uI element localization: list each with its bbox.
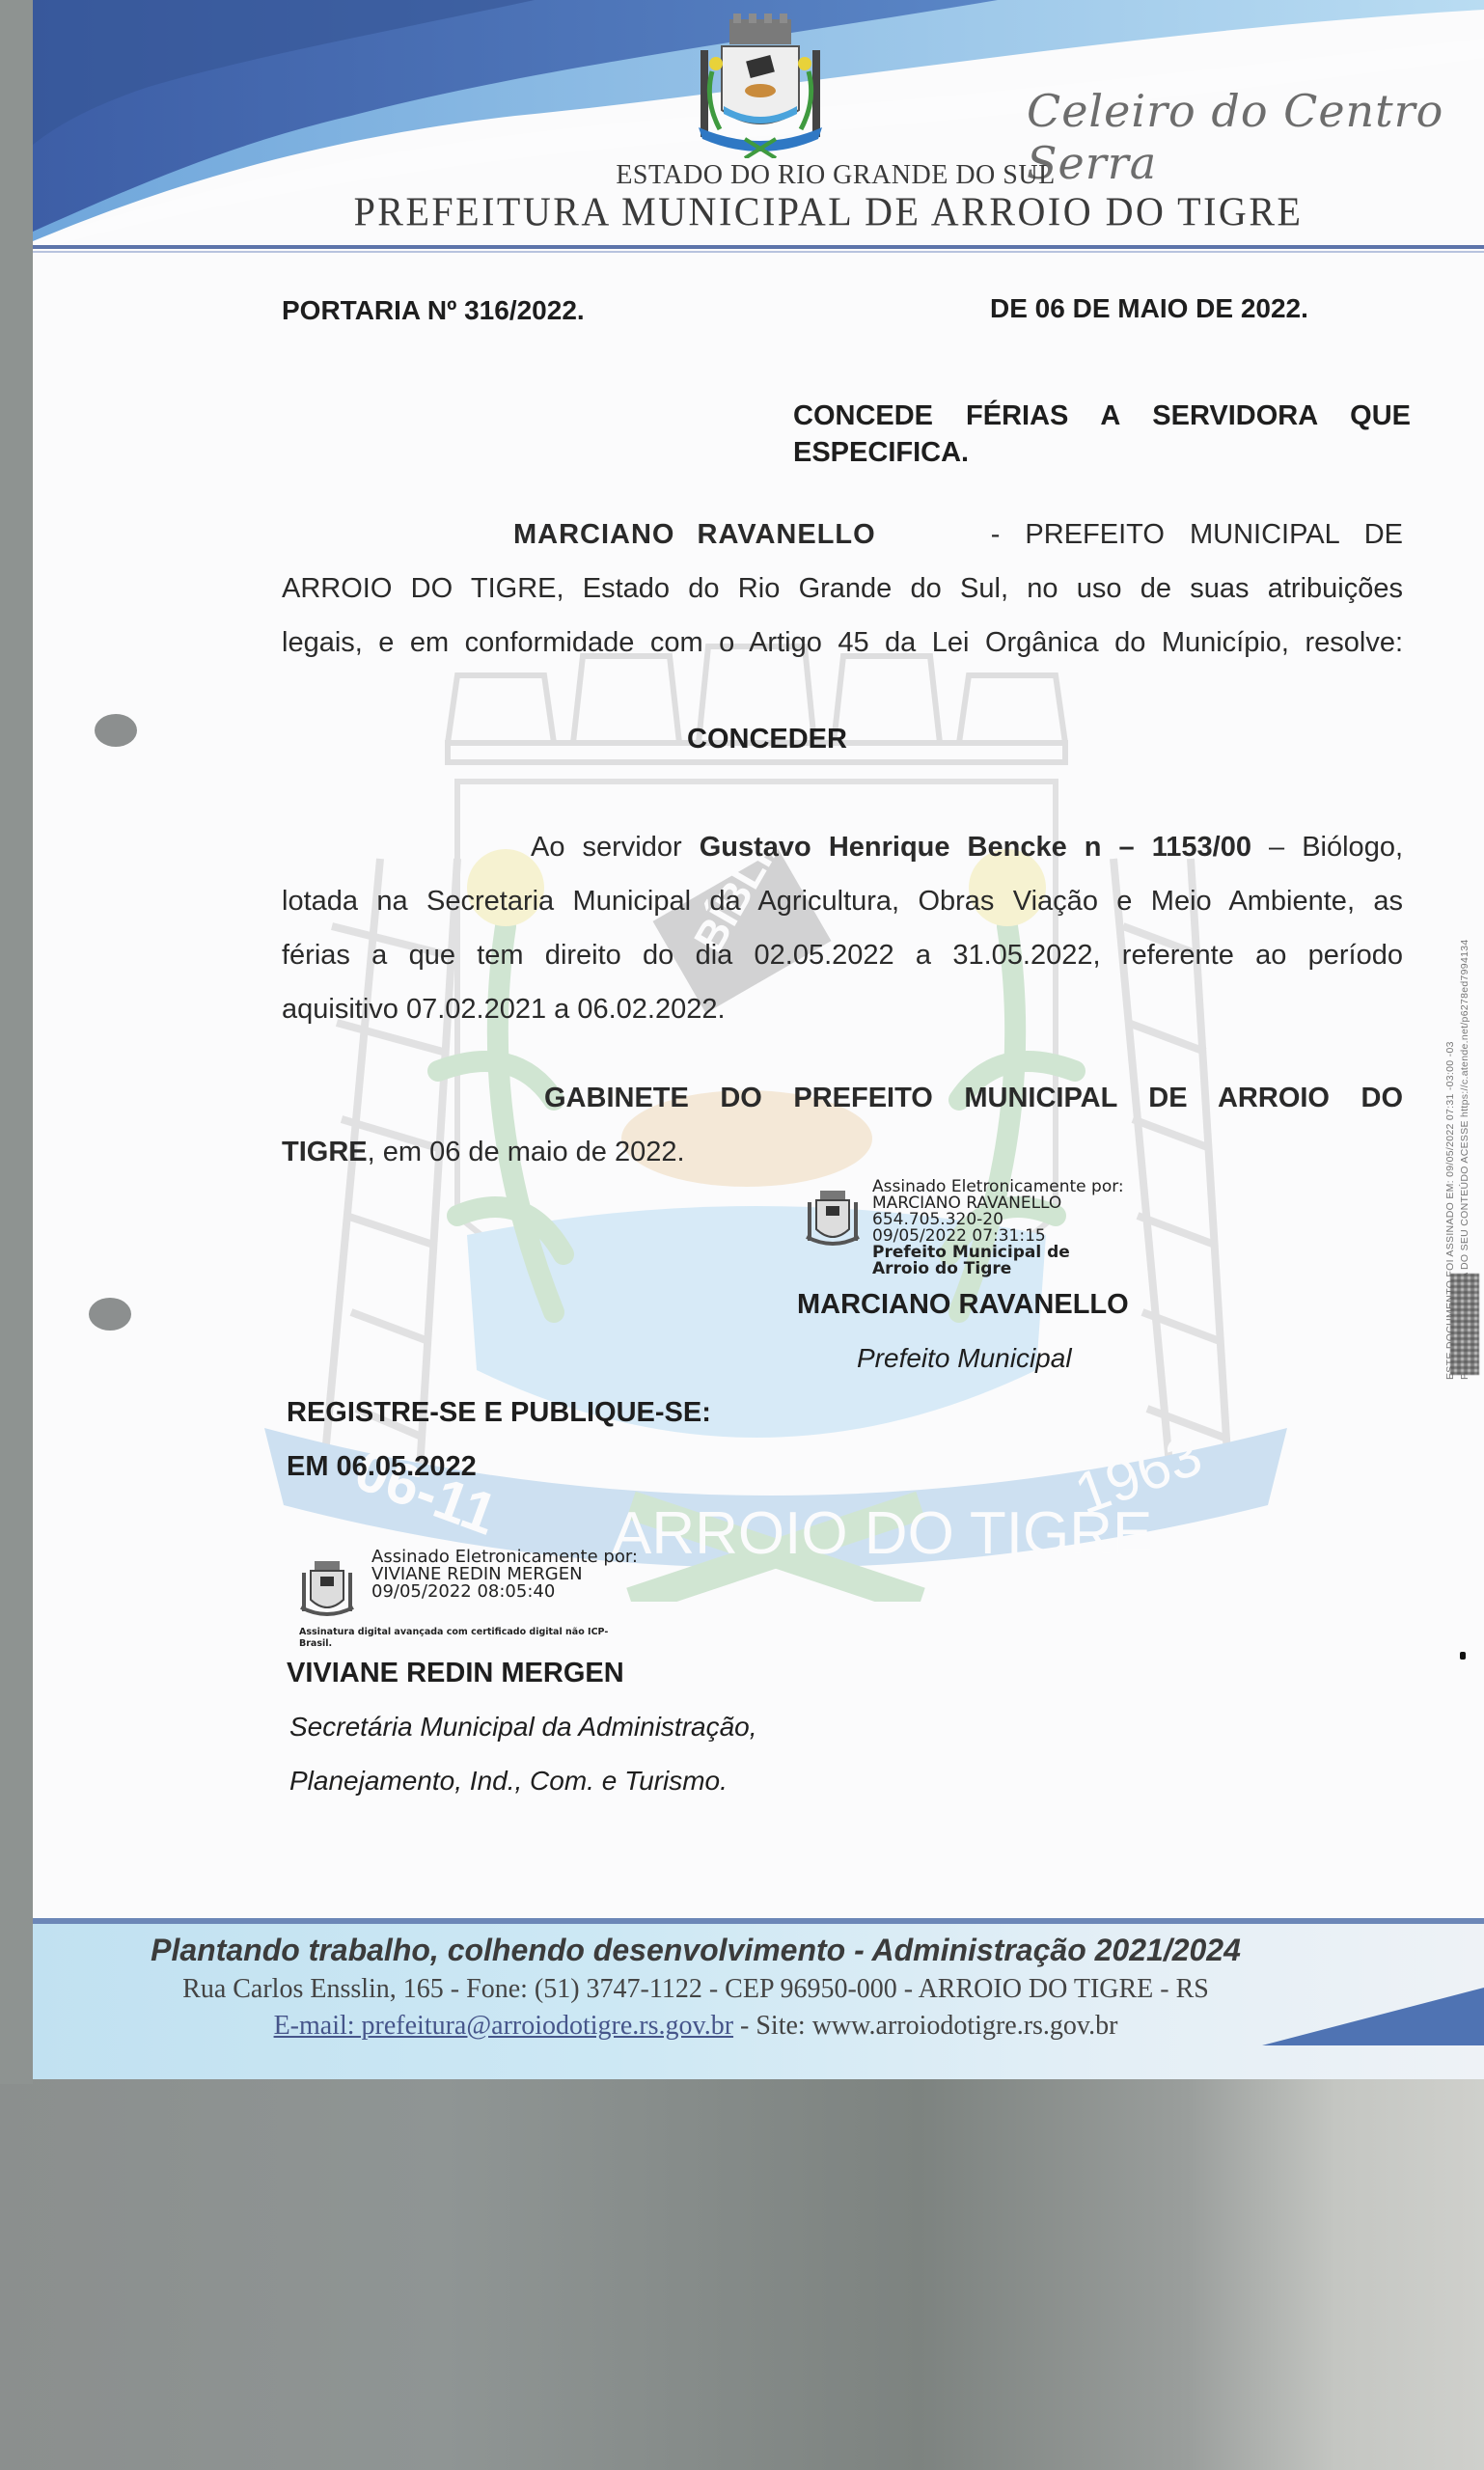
- mayor-printed-name: MARCIANO RAVANELLO: [797, 1289, 1129, 1321]
- certificate-note: Assinatura digital avançada com certific…: [299, 1627, 608, 1650]
- document-page: Celeiro do Centro Serra ESTADO DO RIO GR…: [33, 0, 1484, 2079]
- closing-line-2: TIGRE, em 06 de maio de 2022.: [282, 1125, 1403, 1179]
- secretary-signature-crest-icon: [299, 1559, 355, 1621]
- secretary-stamp-timestamp: 09/05/2022 08:05:40: [371, 1583, 638, 1601]
- portaria-summary: CONCEDE FÉRIAS A SERVIDORA QUE ESPECIFIC…: [793, 398, 1411, 471]
- municipal-crest-icon: [695, 14, 826, 158]
- closing-date: , em 06 de maio de 2022.: [368, 1137, 685, 1167]
- footer-site[interactable]: Site: www.arroiodotigre.rs.gov.br: [756, 2011, 1117, 2041]
- summary-line-1: CONCEDE FÉRIAS A SERVIDORA QUE: [793, 398, 1411, 434]
- grant-paragraph: Ao servidor Gustavo Henrique Bencke n – …: [282, 820, 1403, 1036]
- grant-line-1: Ao servidor Gustavo Henrique Bencke n – …: [282, 820, 1403, 874]
- grant-line-4: aquisitivo 07.02.2021 a 06.02.2022.: [282, 982, 1403, 1036]
- mayor-signature-crest-icon: [805, 1189, 861, 1249]
- svg-text:ARROIO DO TIGRE: ARROIO DO TIGRE: [612, 1500, 1152, 1567]
- secretary-signature-stamp: Assinado Eletronicamente por: VIVIANE RE…: [371, 1549, 638, 1601]
- preamble-paragraph: MARCIANO RAVANELLO - PREFEITO MUNICIPAL …: [282, 508, 1403, 670]
- mayor-printed-role: Prefeito Municipal: [857, 1343, 1072, 1374]
- grant-prefix: Ao servidor: [531, 832, 700, 863]
- closing-city: TIGRE: [282, 1137, 368, 1167]
- preamble-line-1: MARCIANO RAVANELLO - PREFEITO MUNICIPAL …: [282, 508, 1403, 562]
- certificate-note-line-1: Assinatura digital avançada com certific…: [299, 1627, 608, 1638]
- scan-speck: [1460, 1652, 1466, 1660]
- employee-role: – Biólogo,: [1251, 832, 1403, 863]
- header-institution: PREFEITURA MUNICIPAL DE ARROIO DO TIGRE: [33, 188, 1484, 235]
- footer-divider: [33, 1918, 1484, 1924]
- certificate-note-line-2: Brasil.: [299, 1638, 608, 1650]
- registration-line-2: EM 06.05.2022: [287, 1451, 477, 1483]
- footer-separator: -: [733, 2011, 756, 2041]
- qr-code-icon[interactable]: [1450, 1274, 1479, 1375]
- closing-paragraph: GABINETE DO PREFEITO MUNICIPAL DE ARROIO…: [282, 1071, 1403, 1179]
- portaria-number: PORTARIA Nº 316/2022.: [282, 295, 585, 326]
- punch-hole-top: [95, 714, 137, 747]
- preamble-line-2: ARROIO DO TIGRE, Estado do Rio Grande do…: [282, 562, 1403, 616]
- grant-line-3: férias a que tem direito do dia 02.05.20…: [282, 928, 1403, 982]
- footer-corner-accent: [1262, 1988, 1484, 2045]
- preamble-author: MARCIANO RAVANELLO: [513, 508, 876, 562]
- header-state: ESTADO DO RIO GRANDE DO SUL: [33, 160, 1484, 191]
- scanner-edge: [0, 0, 33, 2084]
- mayor-signature-stamp: Assinado Eletronicamente por: MARCIANO R…: [872, 1179, 1124, 1277]
- summary-line-2: ESPECIFICA.: [793, 434, 1411, 471]
- preamble-line1-rest: - PREFEITO MUNICIPAL DE: [991, 508, 1403, 562]
- closing-line-1: GABINETE DO PREFEITO MUNICIPAL DE ARROIO…: [282, 1071, 1403, 1125]
- employee-name: Gustavo Henrique Bencke n – 1153/00: [700, 832, 1251, 863]
- secretary-printed-name: VIVIANE REDIN MERGEN: [287, 1658, 624, 1689]
- footer-slogan: Plantando trabalho, colhendo desenvolvim…: [33, 1933, 1484, 1968]
- secretary-role-line-2: Planejamento, Ind., Com. e Turismo.: [289, 1766, 728, 1797]
- footer-email-link[interactable]: E-mail: prefeitura@arroiodotigre.rs.gov.…: [274, 2011, 733, 2041]
- punch-hole-bottom: [89, 1298, 131, 1331]
- registration-line-1: REGISTRE-SE E PUBLIQUE-SE:: [287, 1397, 711, 1429]
- mayor-stamp-office-2: Arroio do Tigre: [872, 1261, 1124, 1277]
- portaria-date: DE 06 DE MAIO DE 2022.: [990, 293, 1308, 324]
- header-divider-light: [33, 251, 1484, 253]
- action-heading: CONCEDER: [687, 724, 847, 755]
- preamble-line-3: legais, e em conformidade com o Artigo 4…: [282, 616, 1403, 670]
- grant-line-2: lotada na Secretaria Municipal da Agricu…: [282, 874, 1403, 928]
- header-divider: [33, 245, 1484, 249]
- secretary-role-line-1: Secretária Municipal da Administração,: [289, 1712, 757, 1743]
